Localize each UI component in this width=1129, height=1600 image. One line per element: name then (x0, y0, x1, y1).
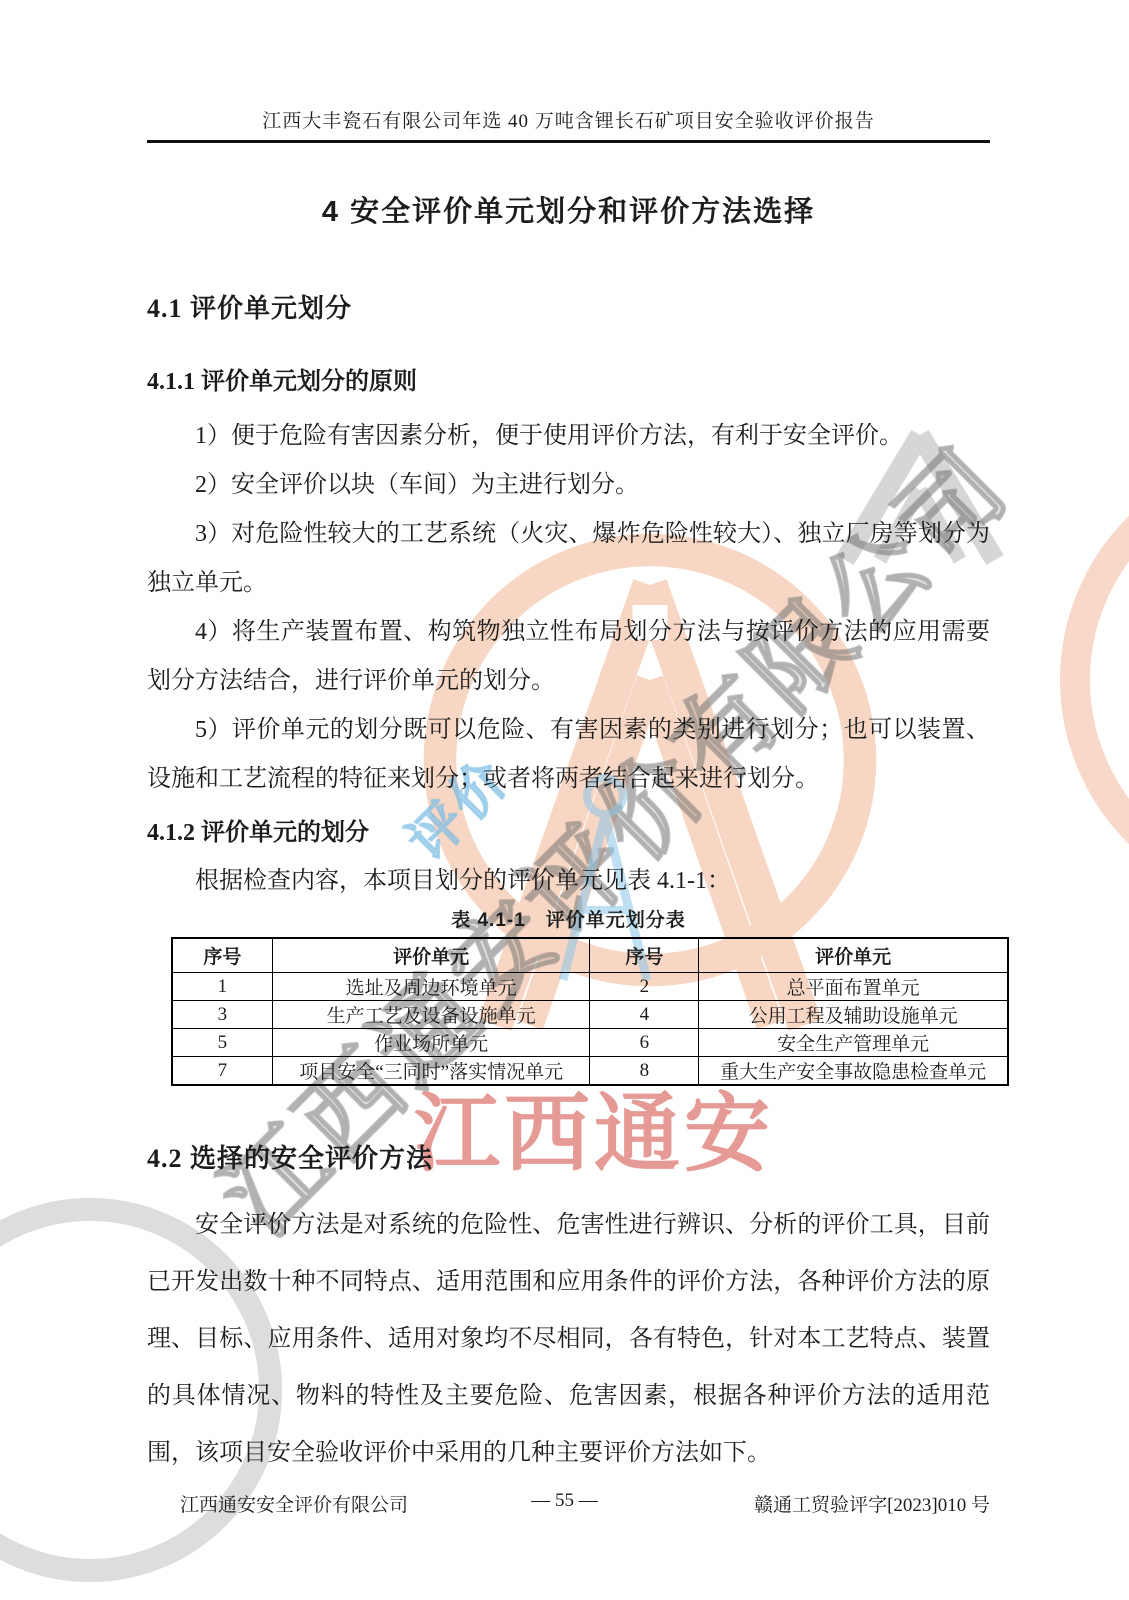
table-cell: 1 (172, 973, 272, 1001)
document-content: 江西大丰瓷石有限公司年选 40 万吨含锂长石矿项目安全验收评价报告 4 安全评价… (0, 0, 1129, 1482)
principle-item-3: 3）对危险性较大的工艺系统（火灾、爆炸危险性较大）、独立厂房等划分为独立单元。 (147, 510, 990, 608)
table-caption: 表 4.1-1 评价单元划分表 (147, 905, 990, 932)
table-row: 3生产工艺及设备设施单元4公用工程及辅助设施单元 (172, 1001, 1008, 1029)
document-page: 江西通安评价有限公司 评价 江西通安 江西大丰瓷石有限公司年选 40 万吨含锂长… (0, 0, 1129, 1600)
table-cell: 项目安全“三同时”落实情况单元 (272, 1057, 590, 1086)
principle-item-4: 4）将生产装置布置、构筑物独立性布局划分方法与按评价方法的应用需要划分方法结合，… (147, 608, 990, 706)
table-body: 1选址及周边环境单元2总平面布置单元3生产工艺及设备设施单元4公用工程及辅助设施… (172, 973, 1008, 1086)
table-cell: 3 (172, 1001, 272, 1029)
principle-item-5: 5）评价单元的划分既可以危险、有害因素的类别进行划分；也可以装置、设施和工艺流程… (147, 706, 990, 804)
table-header-cell: 序号 (590, 938, 699, 973)
table-row: 5作业场所单元6安全生产管理单元 (172, 1029, 1008, 1057)
table-cell: 选址及周边环境单元 (272, 973, 590, 1001)
table-cell: 8 (590, 1057, 699, 1086)
principle-item-1: 1）便于危险有害因素分析，便于使用评价方法，有利于安全评价。 (147, 412, 990, 461)
table-cell: 7 (172, 1057, 272, 1086)
table-header-row: 序号评价单元序号评价单元 (172, 938, 1008, 973)
header-divider (147, 140, 990, 143)
table-cell: 重大生产安全事故隐患检查单元 (699, 1057, 1008, 1086)
principle-item-2: 2）安全评价以块（车间）为主进行划分。 (147, 461, 990, 510)
table-header-cell: 序号 (172, 938, 272, 973)
principles-list: 1）便于危险有害因素分析，便于使用评价方法，有利于安全评价。2）安全评价以块（车… (147, 412, 990, 804)
table-header-cell: 评价单元 (272, 938, 590, 973)
table-cell: 2 (590, 973, 699, 1001)
section-4-1-1-heading: 4.1.1 评价单元划分的原则 (147, 361, 990, 396)
table-row: 7项目安全“三同时”落实情况单元8重大生产安全事故隐患检查单元 (172, 1057, 1008, 1086)
table-cell: 5 (172, 1029, 272, 1057)
table-cell: 生产工艺及设备设施单元 (272, 1001, 590, 1029)
footer-doc-number: 赣通工贸验评字[2023]010 号 (754, 1490, 990, 1517)
page-header: 江西大丰瓷石有限公司年选 40 万吨含锂长石矿项目安全验收评价报告 (147, 0, 990, 133)
table-cell: 6 (590, 1029, 699, 1057)
section-4-1-2-intro: 根据检查内容，本项目划分的评价单元见表 4.1-1： (147, 863, 990, 899)
table-row: 1选址及周边环境单元2总平面布置单元 (172, 973, 1008, 1001)
table-cell: 公用工程及辅助设施单元 (699, 1001, 1008, 1029)
table-head: 序号评价单元序号评价单元 (172, 938, 1008, 973)
table-cell: 4 (590, 1001, 699, 1029)
section-4-1-2-heading: 4.1.2 评价单元的划分 (147, 812, 990, 847)
chapter-title: 4 安全评价单元划分和评价方法选择 (147, 189, 990, 230)
section-4-2-paragraph: 安全评价方法是对系统的危险性、危害性进行辨识、分析的评价工具，目前已开发出数十种… (147, 1197, 990, 1482)
table-header-cell: 评价单元 (699, 938, 1008, 973)
section-4-2-heading: 4.2 选择的安全评价方法 (147, 1138, 990, 1175)
table-cell: 总平面布置单元 (699, 973, 1008, 1001)
section-4-1-heading: 4.1 评价单元划分 (147, 288, 990, 325)
table-cell: 作业场所单元 (272, 1029, 590, 1057)
evaluation-unit-table: 序号评价单元序号评价单元 1选址及周边环境单元2总平面布置单元3生产工艺及设备设… (171, 937, 1009, 1086)
table-cell: 安全生产管理单元 (699, 1029, 1008, 1057)
